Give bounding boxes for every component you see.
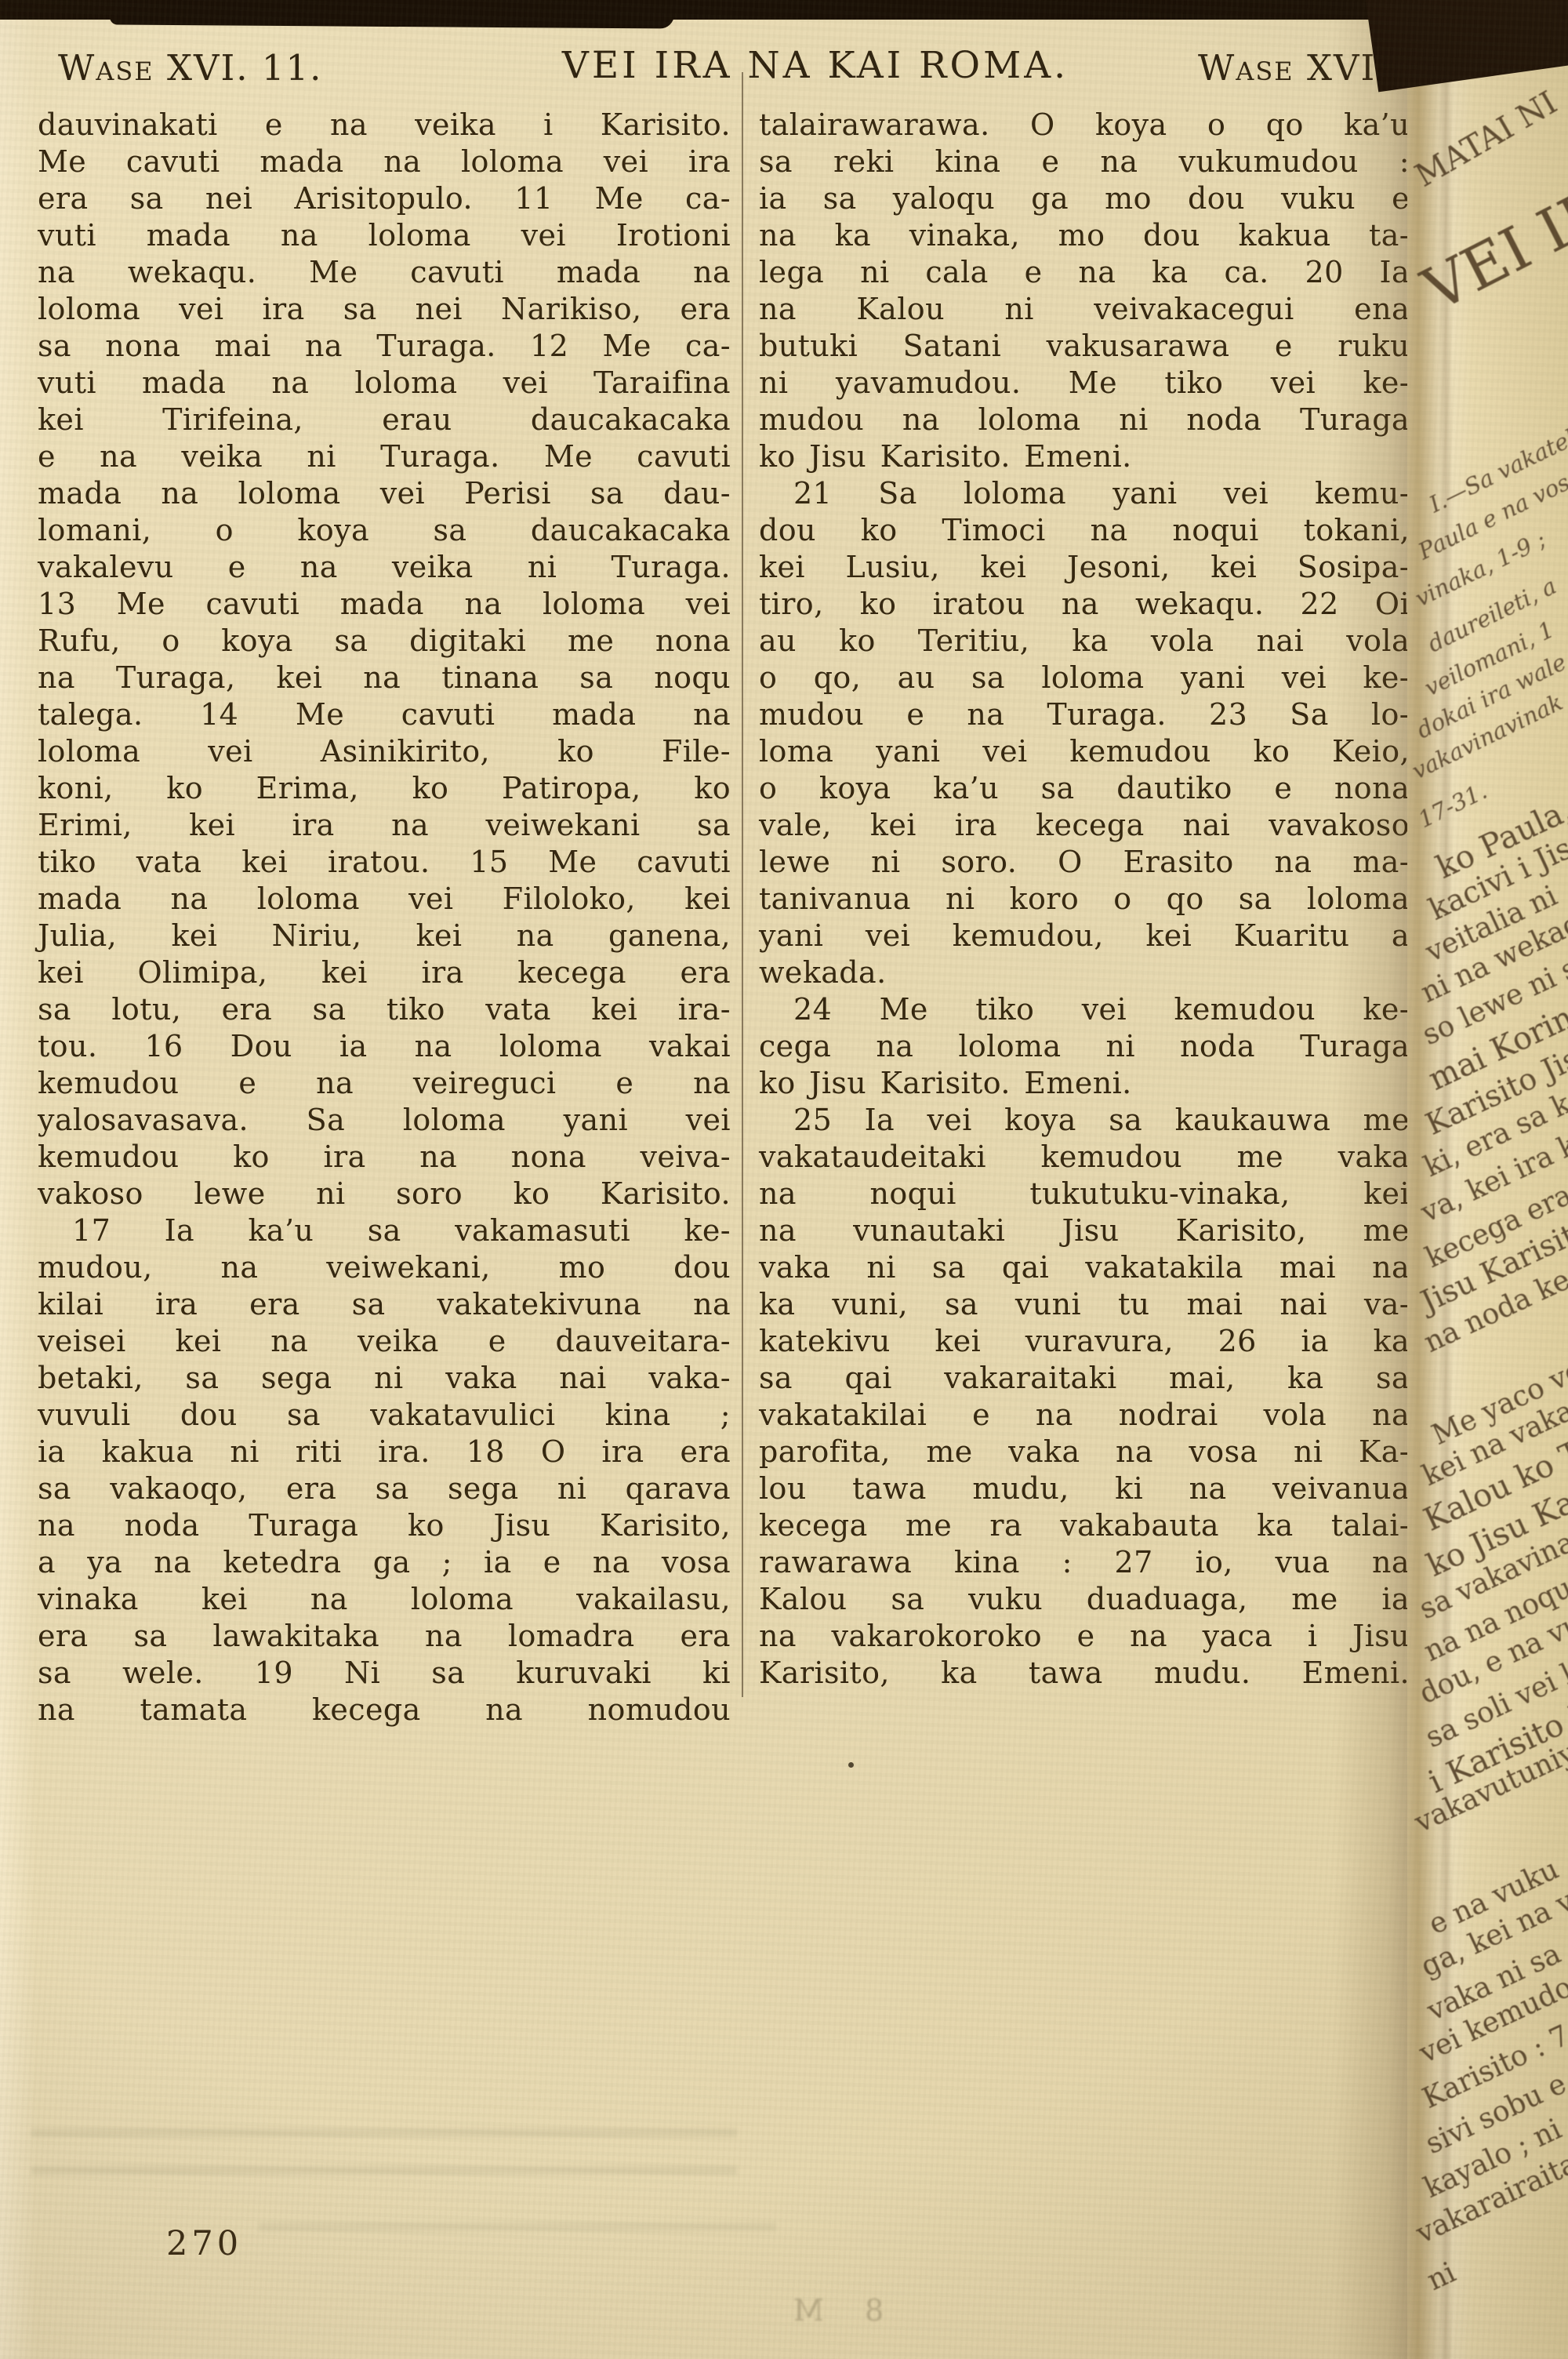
text-line: na noqui tukutuku-vinaka, kei	[759, 1176, 1410, 1212]
text-line: betaki, sa sega ni vaka nai vaka-	[38, 1360, 731, 1397]
photo-background-top	[110, 1, 674, 28]
text-line: Erimi, kei ira na veiwekani sa	[38, 807, 731, 844]
text-line: lou tawa mudu, ki na veivanua	[759, 1470, 1410, 1507]
text-line: ko Jisu Karisito. Emeni.	[759, 438, 1410, 475]
text-line: loloma vei Asinikirito, ko File-	[38, 733, 731, 770]
text-line: e na veika ni Turaga. Me cavuti	[38, 438, 731, 475]
text-line: ia sa yaloqu ga mo dou vuku e	[759, 180, 1410, 217]
text-line: 13 Me cavuti mada na loloma vei	[38, 586, 731, 623]
text-line: talairawarawa. O koya o qo ka’u	[759, 107, 1410, 144]
text-line: o koya ka’u sa dautiko e nona	[759, 770, 1410, 807]
text-line: vakatakilai e na nodrai vola na	[759, 1397, 1410, 1434]
text-line: vuti mada na loloma vei Taraifina	[38, 365, 731, 402]
text-line: sa reki kina e na vukumudou :	[759, 144, 1410, 180]
column-divider-rule	[742, 72, 743, 1697]
text-line: vakataudeitaki kemudou me vaka	[759, 1139, 1410, 1176]
text-line: sa qai vakaraitaki mai, ka sa	[759, 1360, 1410, 1397]
text-line: kemudou ko ira na nona veiva-	[38, 1139, 731, 1176]
text-line: sa nona mai na Turaga. 12 Me ca-	[38, 328, 731, 365]
page-left-edge	[0, 0, 36, 2359]
book-page-photo: 8 M Wase XVI. 11. VEI IRA NA KAI ROMA. W…	[0, 0, 1568, 2359]
show-through-text	[31, 2108, 737, 2186]
text-line: sa vakaoqo, era sa sega ni qarava	[38, 1470, 731, 1507]
text-line: loma yani vei kemudou ko Keio,	[759, 733, 1410, 770]
text-line: Me cavuti mada na loloma vei ira	[38, 144, 731, 180]
text-line: vale, kei ira kecega nai vavakoso	[759, 807, 1410, 844]
text-line: tou. 16 Dou ia na loloma vakai	[38, 1028, 731, 1065]
text-line: vuti mada na loloma vei Irotioni	[38, 217, 731, 254]
text-line: na Kalou ni veivakacegui ena	[759, 291, 1410, 328]
text-line: dauvinakati e na veika i Karisito.	[38, 107, 731, 144]
text-line: 21 Sa loloma yani vei kemu-	[759, 475, 1410, 512]
text-line: na Turaga, kei na tinana sa noqu	[38, 660, 731, 696]
text-line: vuvuli dou sa vakatavulici kina ;	[38, 1397, 731, 1434]
text-line: katekivu kei vuravura, 26 ia ka	[759, 1323, 1410, 1360]
text-line: vakalevu e na veika ni Turaga.	[38, 549, 731, 586]
text-line: vakoso lewe ni soro ko Karisito.	[38, 1176, 731, 1212]
page-number: 270	[166, 2224, 242, 2263]
text-line: mada na loloma vei Filoloko, kei	[38, 881, 731, 918]
text-line: sa lotu, era sa tiko vata kei ira-	[38, 991, 731, 1028]
text-line: talega. 14 Me cavuti mada na	[38, 696, 731, 733]
text-line: ko Jisu Karisito. Emeni.	[759, 1065, 1410, 1102]
right-text-column: talairawarawa. O koya o qo ka’usa reki k…	[759, 107, 1410, 1692]
text-line: rawarawa kina : 27 io, vua na	[759, 1544, 1410, 1581]
text-line: tiko vata kei iratou. 15 Me cavuti	[38, 844, 731, 881]
text-line: dou ko Timoci na noqui tokani,	[759, 512, 1410, 549]
text-line: yani vei kemudou, kei Kuaritu a	[759, 918, 1410, 954]
text-line: Kalou sa vuku duaduaga, me ia	[759, 1581, 1410, 1618]
text-line: ni yavamudou. Me tiko vei ke-	[759, 365, 1410, 402]
gutter-shadow	[1333, 0, 1411, 2359]
text-line: parofita, me vaka na vosa ni Ka-	[759, 1434, 1410, 1470]
text-line: era sa nei Arisitopulo. 11 Me ca-	[38, 180, 731, 217]
next-page-edge: MATAI NIVEI IRI.—Sa vakatekiPaula e na v…	[1407, 0, 1568, 2359]
text-line: kemudou e na veireguci e na	[38, 1065, 731, 1102]
text-line: kecega me ra vakabauta ka talai-	[759, 1507, 1410, 1544]
text-line: sa wele. 19 Ni sa kuruvaki ki	[38, 1655, 731, 1692]
text-line: mada na loloma vei Perisi sa dau-	[38, 475, 731, 512]
next-page-text-fragment: MATAI NI	[1410, 85, 1564, 194]
text-line: veisei kei na veika e dauveitara-	[38, 1323, 731, 1360]
next-page-text-fragment: VEI IR	[1412, 173, 1568, 325]
text-line: yalosavasava. Sa loloma yani vei	[38, 1102, 731, 1139]
text-line: tanivanua ni koro o qo sa loloma	[759, 881, 1410, 918]
text-line: ka vuni, sa vuni tu mai nai va-	[759, 1286, 1410, 1323]
text-line: kei Lusiu, kei Jesoni, kei Sosipa-	[759, 549, 1410, 586]
text-line: 25 Ia vei koya sa kaukauwa me	[759, 1102, 1410, 1139]
text-line: tiro, ko iratou na wekaqu. 22 Oi	[759, 586, 1410, 623]
text-line: na vunautaki Jisu Karisito, me	[759, 1212, 1410, 1249]
text-line: a ya na ketedra ga ; ia e na vosa	[38, 1544, 731, 1581]
next-page-text-fragment: ni	[1422, 2256, 1461, 2297]
text-line: kei Olimipa, kei ira kecega era	[38, 954, 731, 991]
text-line: na tamata kecega na nomudou	[38, 1692, 731, 1728]
text-line: Julia, kei Niriu, kei na ganena,	[38, 918, 731, 954]
text-line: au ko Teritiu, ka vola nai vola	[759, 623, 1410, 660]
ink-dot	[848, 1762, 854, 1768]
text-line: lega ni cala e na ka ca. 20 Ia	[759, 254, 1410, 291]
text-line: na noda Turaga ko Jisu Karisito,	[38, 1507, 731, 1544]
text-line: vaka ni sa qai vakatakila mai na	[759, 1249, 1410, 1286]
text-line: kei Tirifeina, erau daucakacaka	[38, 402, 731, 438]
text-line: na wekaqu. Me cavuti mada na	[38, 254, 731, 291]
text-line: o qo, au sa loloma yani vei ke-	[759, 660, 1410, 696]
text-line: lomani, o koya sa daucakacaka	[38, 512, 731, 549]
text-line: lewe ni soro. O Erasito na ma-	[759, 844, 1410, 881]
text-line: butuki Satani vakusarawa e ruku	[759, 328, 1410, 365]
text-line: Rufu, o koya sa digitaki me nona	[38, 623, 731, 660]
text-line: mudou na loloma ni noda Turaga	[759, 402, 1410, 438]
text-line: koni, ko Erima, ko Patiropa, ko	[38, 770, 731, 807]
text-line: 17 Ia ka’u sa vakamasuti ke-	[38, 1212, 731, 1249]
text-line: na vakarokoroko e na yaca i Jisu	[759, 1618, 1410, 1655]
text-line: kilai ira era sa vakatekivuna na	[38, 1286, 731, 1323]
text-line: mudou e na Turaga. 23 Sa lo-	[759, 696, 1410, 733]
show-through-signature-mark: 8 M	[778, 2293, 884, 2328]
text-line: 24 Me tiko vei kemudou ke-	[759, 991, 1410, 1028]
text-line: loloma vei ira sa nei Narikiso, era	[38, 291, 731, 328]
text-line: na ka vinaka, mo dou kakua ta-	[759, 217, 1410, 254]
text-line: mudou, na veiwekani, mo dou	[38, 1249, 731, 1286]
text-line: vinaka kei na loloma vakailasu,	[38, 1581, 731, 1618]
text-line: cega na loloma ni noda Turaga	[759, 1028, 1410, 1065]
text-line: Karisito, ka tawa mudu. Emeni.	[759, 1655, 1410, 1692]
text-line: wekada.	[759, 954, 1410, 991]
text-line: ia kakua ni riti ira. 18 O ira era	[38, 1434, 731, 1470]
left-text-column: dauvinakati e na veika i Karisito.Me cav…	[38, 107, 731, 1728]
show-through-text	[259, 2208, 776, 2243]
text-line: era sa lawakitaka na lomadra era	[38, 1618, 731, 1655]
